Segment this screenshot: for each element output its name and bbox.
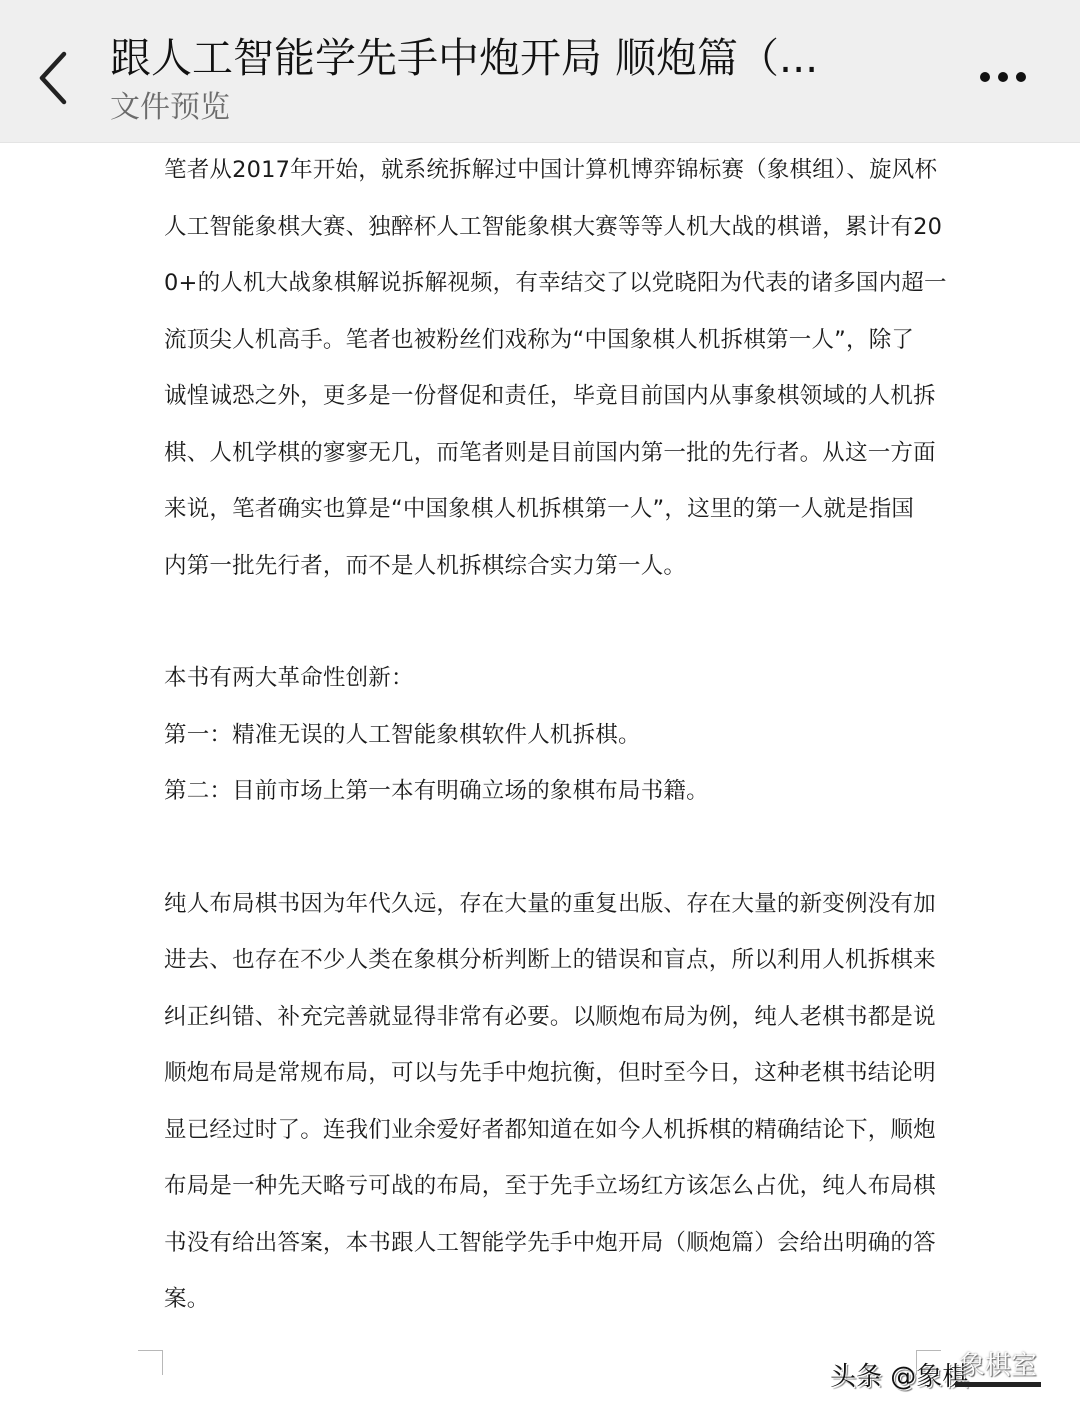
- paragraph-opening-analysis: 纯人布局棋书因为年代久远，存在大量的重复出版、存在大量的新变例没有加 进去、也存…: [164, 876, 924, 1328]
- source-watermark: 头条 @象棋: [830, 1356, 968, 1393]
- text-line: 布局是一种先天略亏可战的布局，至于先手立场红方该怎么占优，纯人布局棋: [164, 1158, 924, 1215]
- watermark-logo: 象棋室: [955, 1345, 1041, 1387]
- text-line: 流顶尖人机高手。笔者也被粉丝们戏称为“中国象棋人机拆棋第一人”，除了: [164, 312, 924, 369]
- paragraph-spacer: [164, 820, 924, 876]
- text-line: 第二：目前市场上第一本有明确立场的象棋布局书籍。: [164, 763, 924, 820]
- text-line: 笔者从2017年开始，就系统拆解过中国计算机博弈锦标赛（象棋组）、旋风杯: [164, 142, 924, 199]
- more-options-button[interactable]: [975, 60, 1035, 94]
- chevron-left-icon: [30, 40, 80, 110]
- document-preview-body: 笔者从2017年开始，就系统拆解过中国计算机博弈锦标赛（象棋组）、旋风杯 人工智…: [164, 142, 924, 1328]
- text-line: 进去、也存在不少人类在象棋分析判断上的错误和盲点，所以利用人机拆棋来: [164, 932, 924, 989]
- paragraph-intro: 笔者从2017年开始，就系统拆解过中国计算机博弈锦标赛（象棋组）、旋风杯 人工智…: [164, 142, 924, 594]
- text-line: 显已经过时了。连我们业余爱好者都知道在如今人机拆棋的精确结论下，顺炮: [164, 1102, 924, 1159]
- page-corner-mark-left: [138, 1350, 163, 1375]
- text-line: 诚惶诚恐之外，更多是一份督促和责任，毕竟目前国内从事象棋领域的人机拆: [164, 368, 924, 425]
- text-line: 纯人布局棋书因为年代久远，存在大量的重复出版、存在大量的新变例没有加: [164, 876, 924, 933]
- paragraph-spacer: [164, 594, 924, 650]
- text-line: 本书有两大革命性创新：: [164, 650, 924, 707]
- more-horizontal-icon: [975, 60, 1035, 94]
- text-line: 来说，笔者确实也算是“中国象棋人机拆棋第一人”，这里的第一人就是指国: [164, 481, 924, 538]
- text-line: 棋、人机学棋的寥寥无几，而笔者则是目前国内第一批的先行者。从这一方面: [164, 425, 924, 482]
- text-line: 0+的人机大战象棋解说拆解视频，有幸结交了以党晓阳为代表的诸多国内超一: [164, 255, 924, 312]
- text-line: 人工智能象棋大赛、独醉杯人工智能象棋大赛等等人机大战的棋谱，累计有20: [164, 199, 924, 256]
- text-line: 顺炮布局是常规布局，可以与先手中炮抗衡，但时至今日，这种老棋书结论明: [164, 1045, 924, 1102]
- text-line: 案。: [164, 1271, 924, 1328]
- document-subtitle: 文件预览: [110, 88, 230, 128]
- document-title: 跟人工智能学先手中炮开局 顺炮篇（...: [110, 32, 910, 84]
- back-button[interactable]: [30, 40, 80, 110]
- top-app-bar: 跟人工智能学先手中炮开局 顺炮篇（... 文件预览: [0, 0, 1080, 143]
- text-line: 第一：精准无误的人工智能象棋软件人机拆棋。: [164, 707, 924, 764]
- text-line: 书没有给出答案，本书跟人工智能学先手中炮开局（顺炮篇）会给出明确的答: [164, 1215, 924, 1272]
- text-line: 纠正纠错、补充完善就显得非常有必要。以顺炮布局为例，纯人老棋书都是说: [164, 989, 924, 1046]
- text-line: 内第一批先行者，而不是人机拆棋综合实力第一人。: [164, 538, 924, 595]
- paragraph-innovations: 本书有两大革命性创新： 第一：精准无误的人工智能象棋软件人机拆棋。 第二：目前市…: [164, 650, 924, 820]
